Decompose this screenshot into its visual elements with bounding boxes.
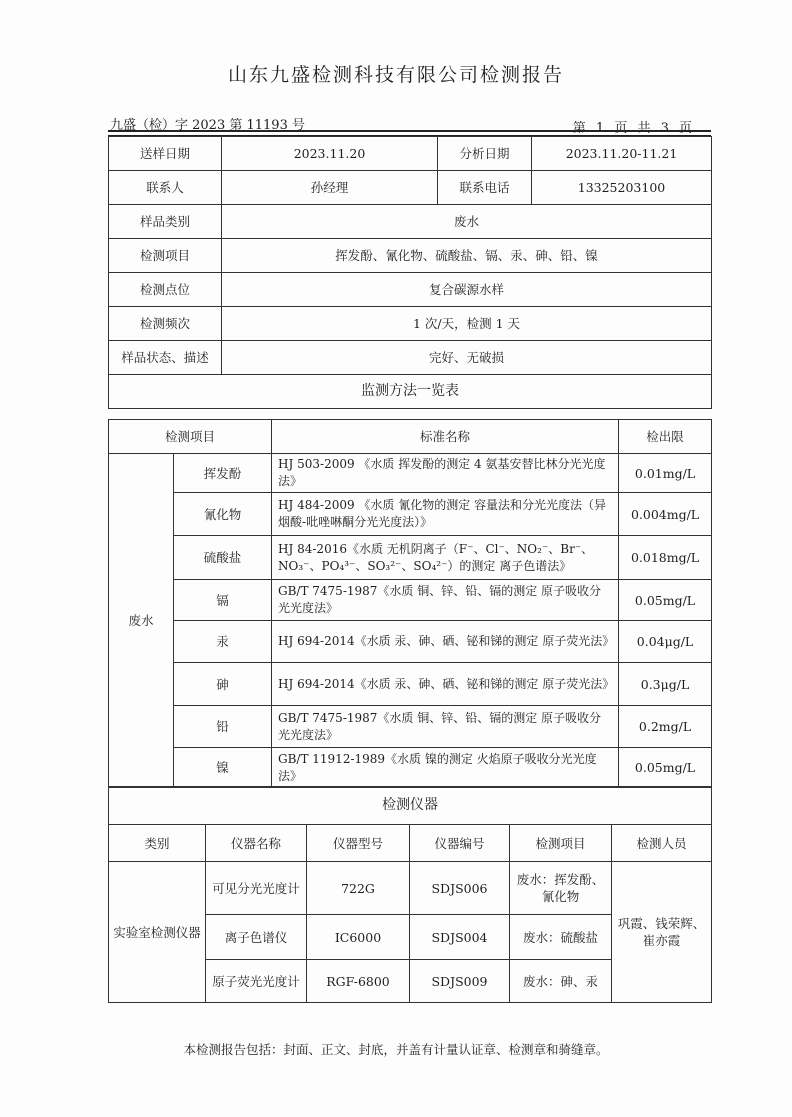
item-cell: 铅 [174,706,272,748]
analysis-date-value: 2023.11.20-11.21 [532,137,712,171]
report-title: 山东九盛检测科技有限公司检测报告 [0,60,792,87]
item-cell: 汞 [174,621,272,663]
instruments-section-title: 检测仪器 [109,787,712,825]
instruments-table: 检测仪器 类别 仪器名称 仪器型号 仪器编号 检测项目 检测人员 实验室检测仪器… [108,786,712,1003]
table-row: 铅 GB/T 7475-1987《水质 铜、锌、铅、镉的测定 原子吸收分光光度法… [109,706,712,748]
instrument-items: 废水：硫酸盐 [510,915,612,960]
instrument-id: SDJS009 [410,960,510,1003]
standard-cell: GB/T 11912-1989《水质 镍的测定 火焰原子吸收分光光度法》 [272,748,619,788]
contact-label: 联系人 [109,171,222,205]
item-cell: 镍 [174,748,272,788]
limit-cell: 0.04μg/L [619,621,712,663]
sample-type-label: 样品类别 [109,205,222,239]
instrument-model: 722G [307,862,410,915]
instrument-staff: 巩霞、钱荣辉、崔亦霞 [612,862,712,1003]
table-row: 监测方法一览表 [109,375,712,409]
instrument-items: 废水：砷、汞 [510,960,612,1003]
table-row: 检测频次 1 次/天，检测 1 天 [109,307,712,341]
standard-cell: HJ 484-2009 《水质 氰化物的测定 容量法和分光光度法（异烟酸-吡唑啉… [272,493,619,536]
standard-cell: GB/T 7475-1987《水质 铜、锌、铅、镉的测定 原子吸收分光光度法》 [272,706,619,748]
footer-note: 本检测报告包括：封面、正文、封底，并盖有计量认证章、检测章和骑缝章。 [0,1040,792,1058]
location-value: 复合碳源水样 [222,273,712,307]
location-label: 检测点位 [109,273,222,307]
methods-section-title: 监测方法一览表 [109,375,712,409]
limit-cell: 0.3μg/L [619,663,712,706]
table-row: 检测仪器 [109,787,712,825]
items-label: 检测项目 [109,239,222,273]
header-items: 检测项目 [510,825,612,862]
header-standard: 标准名称 [272,420,619,454]
limit-cell: 0.05mg/L [619,580,712,621]
table-header-row: 检测项目 标准名称 检出限 [109,420,712,454]
limit-cell: 0.01mg/L [619,454,712,493]
table-row: 氰化物 HJ 484-2009 《水质 氰化物的测定 容量法和分光光度法（异烟酸… [109,493,712,536]
instrument-name: 原子荧光光度计 [206,960,307,1003]
instrument-items: 废水：挥发酚、氰化物 [510,862,612,915]
limit-cell: 0.004mg/L [619,493,712,536]
table-row: 实验室检测仪器 可见分光光度计 722G SDJS006 废水：挥发酚、氰化物 … [109,862,712,915]
standard-cell: GB/T 7475-1987《水质 铜、锌、铅、镉的测定 原子吸收分光光度法》 [272,580,619,621]
analysis-date-label: 分析日期 [438,137,532,171]
sample-type-value: 废水 [222,205,712,239]
item-cell: 硫酸盐 [174,536,272,580]
standard-cell: HJ 694-2014《水质 汞、砷、硒、铋和锑的测定 原子荧光法》 [272,621,619,663]
instrument-name: 可见分光光度计 [206,862,307,915]
table-row: 检测点位 复合碳源水样 [109,273,712,307]
table-row: 废水 挥发酚 HJ 503-2009 《水质 挥发酚的测定 4 氨基安替比林分光… [109,454,712,493]
table-row: 砷 HJ 694-2014《水质 汞、砷、硒、铋和锑的测定 原子荧光法》 0.3… [109,663,712,706]
sample-info-table: 送样日期 2023.11.20 分析日期 2023.11.20-11.21 联系… [108,136,712,409]
header-limit: 检出限 [619,420,712,454]
instrument-name: 离子色谱仪 [206,915,307,960]
table-header-row: 类别 仪器名称 仪器型号 仪器编号 检测项目 检测人员 [109,825,712,862]
table-row: 联系人 孙经理 联系电话 13325203100 [109,171,712,205]
category-cell: 废水 [109,454,174,788]
header-category: 类别 [109,825,206,862]
item-cell: 砷 [174,663,272,706]
limit-cell: 0.05mg/L [619,748,712,788]
items-value: 挥发酚、氰化物、硫酸盐、镉、汞、砷、铅、镍 [222,239,712,273]
instrument-id: SDJS006 [410,862,510,915]
table-row: 镍 GB/T 11912-1989《水质 镍的测定 火焰原子吸收分光光度法》 0… [109,748,712,788]
header-name: 仪器名称 [206,825,307,862]
send-date-value: 2023.11.20 [222,137,438,171]
table-row: 样品状态、描述 完好、无破损 [109,341,712,375]
header-model: 仪器型号 [307,825,410,862]
instrument-id: SDJS004 [410,915,510,960]
limit-cell: 0.2mg/L [619,706,712,748]
table-row: 送样日期 2023.11.20 分析日期 2023.11.20-11.21 [109,137,712,171]
state-label: 样品状态、描述 [109,341,222,375]
header-item: 检测项目 [109,420,272,454]
table-row: 硫酸盐 HJ 84-2016《水质 无机阴离子（F⁻、Cl⁻、NO₂⁻、Br⁻、… [109,536,712,580]
instrument-category: 实验室检测仪器 [109,862,206,1003]
frequency-value: 1 次/天，检测 1 天 [222,307,712,341]
item-cell: 镉 [174,580,272,621]
state-value: 完好、无破损 [222,341,712,375]
phone-label: 联系电话 [438,171,532,205]
header-staff: 检测人员 [612,825,712,862]
table-row: 汞 HJ 694-2014《水质 汞、砷、硒、铋和锑的测定 原子荧光法》 0.0… [109,621,712,663]
standard-cell: HJ 84-2016《水质 无机阴离子（F⁻、Cl⁻、NO₂⁻、Br⁻、NO₃⁻… [272,536,619,580]
header-id: 仪器编号 [410,825,510,862]
send-date-label: 送样日期 [109,137,222,171]
item-cell: 氰化物 [174,493,272,536]
instrument-model: IC6000 [307,915,410,960]
table-row: 镉 GB/T 7475-1987《水质 铜、锌、铅、镉的测定 原子吸收分光光度法… [109,580,712,621]
methods-table: 检测项目 标准名称 检出限 废水 挥发酚 HJ 503-2009 《水质 挥发酚… [108,419,712,788]
instrument-model: RGF-6800 [307,960,410,1003]
limit-cell: 0.018mg/L [619,536,712,580]
standard-cell: HJ 503-2009 《水质 挥发酚的测定 4 氨基安替比林分光光度法》 [272,454,619,493]
item-cell: 挥发酚 [174,454,272,493]
frequency-label: 检测频次 [109,307,222,341]
table-row: 样品类别 废水 [109,205,712,239]
standard-cell: HJ 694-2014《水质 汞、砷、硒、铋和锑的测定 原子荧光法》 [272,663,619,706]
contact-value: 孙经理 [222,171,438,205]
phone-value: 13325203100 [532,171,712,205]
table-row: 检测项目 挥发酚、氰化物、硫酸盐、镉、汞、砷、铅、镍 [109,239,712,273]
